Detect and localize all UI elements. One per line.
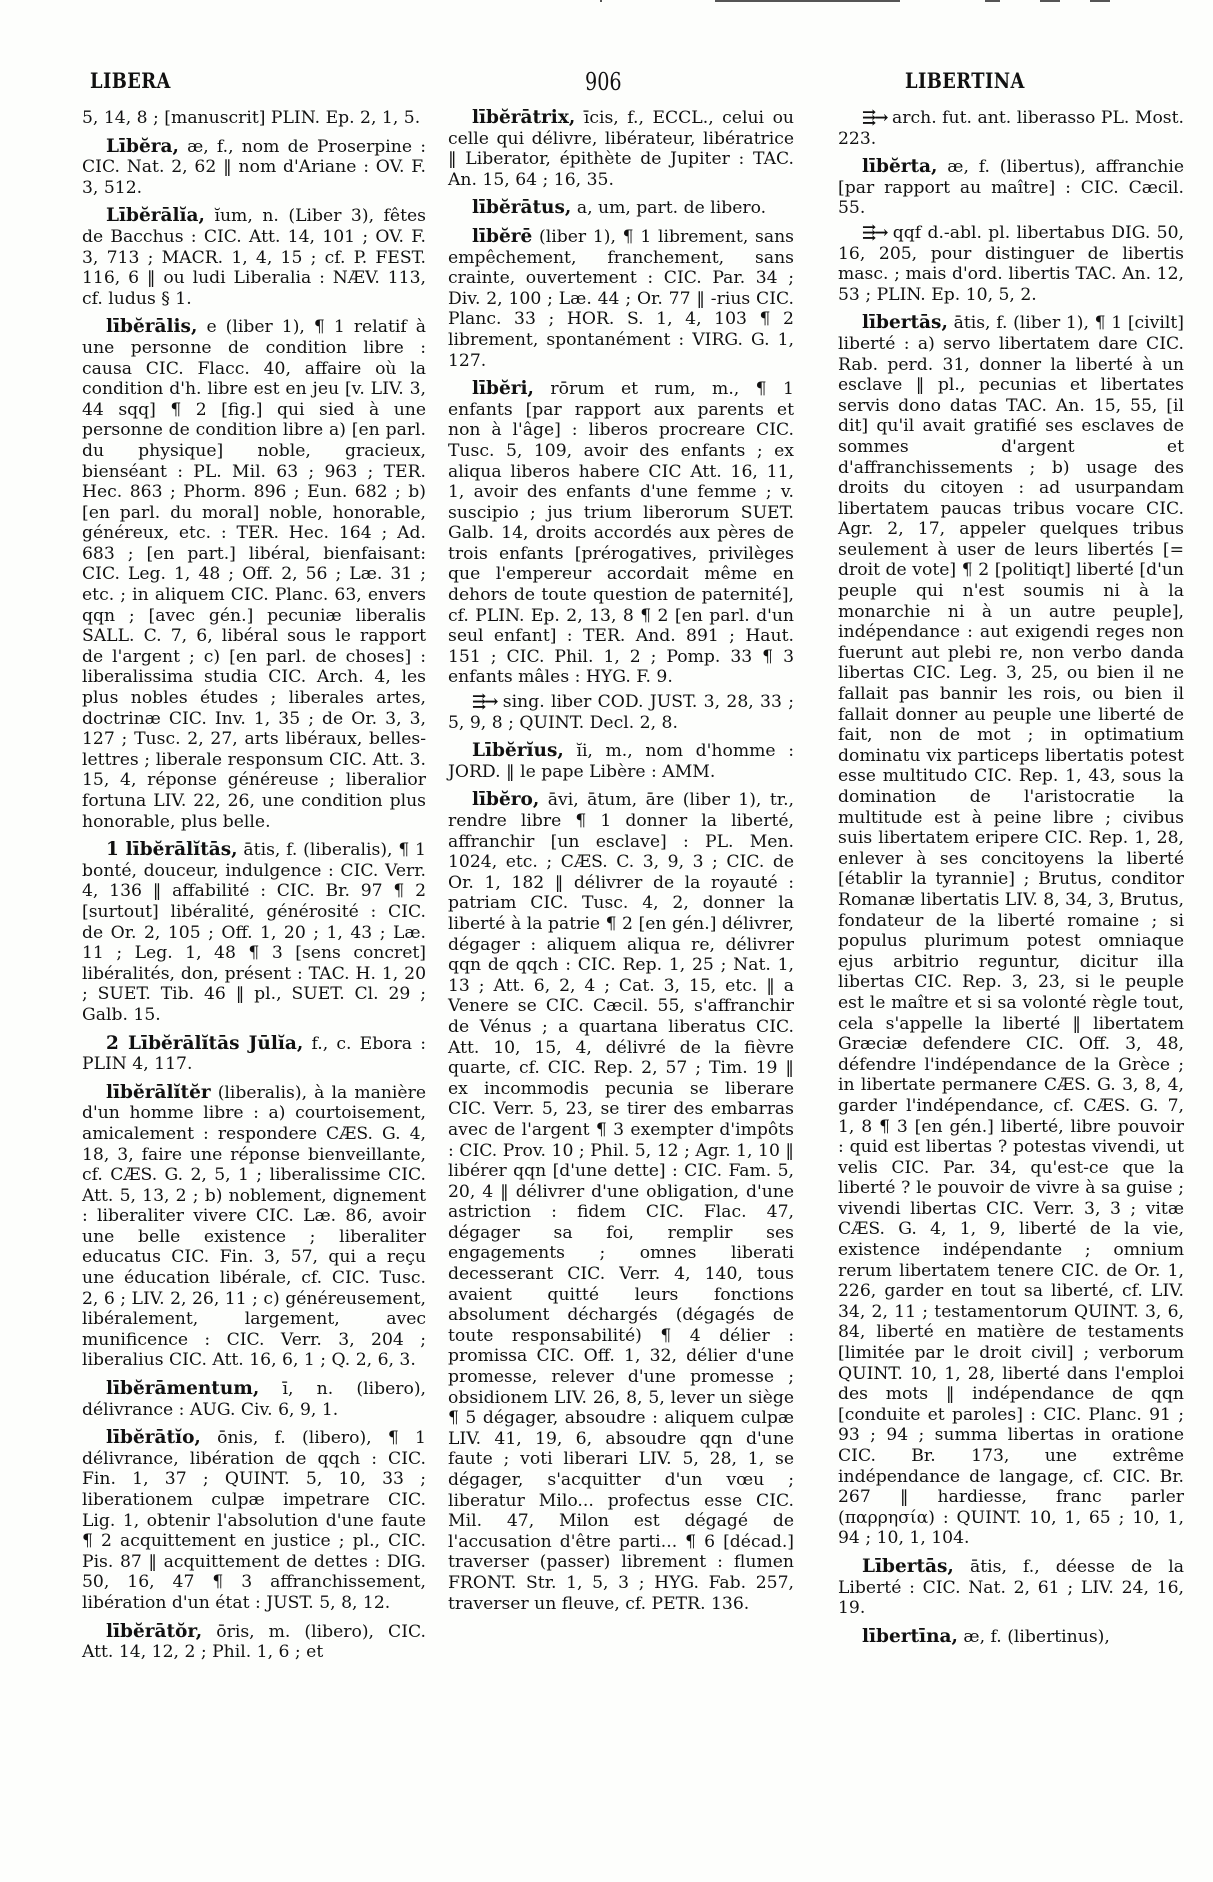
dictionary-entry: lībĕrātĭo, ōnis, f. (libero), ¶ 1 délivr… (82, 1428, 426, 1613)
entry-text: e (liber 1), ¶ 1 relatif à une personne … (82, 317, 426, 831)
dictionary-entry: lībĕrālĭtĕr (liberalis), à la manière d'… (82, 1083, 426, 1371)
headword: lībĕro, (472, 789, 539, 810)
dictionary-entry: Lībĕrĭus, ĭi, m., nom d'homme : JORD. ‖ … (448, 741, 794, 782)
arrow-icon: ⇶→ (862, 223, 887, 243)
running-head-left: LIBERA (90, 68, 171, 93)
dictionary-entry: lībĕrāmentum, ī, n. (libero), délivrance… (82, 1379, 426, 1420)
entry-text: sing. liber COD. JUST. 3, 28, 33 ; 5, 9,… (448, 692, 794, 733)
dictionary-entry: lībertās, ātis, f. (liber 1), ¶ 1 [civil… (838, 313, 1184, 1549)
dictionary-entry: 5, 14, 8 ; [manuscrit] PLIN. Ep. 2, 1, 5… (82, 108, 426, 129)
entry-text: ātis, f. (liberalis), ¶ 1 bonté, douceur… (82, 840, 426, 1025)
column-1: 5, 14, 8 ; [manuscrit] PLIN. Ep. 2, 1, 5… (82, 108, 426, 1667)
headword: lībĕri, (472, 378, 534, 399)
dictionary-entry: lībĕrātŏr, ōris, m. (libero), CIC. Att. … (82, 1622, 426, 1663)
dictionary-entry: Lībĕrālĭa, ĭum, n. (Liber 3), fêtes de B… (82, 206, 426, 309)
scan-edge-marks (0, 0, 1213, 3)
headword: Lībĕrĭus, (472, 740, 564, 761)
dictionary-entry: lībĕrātrix, īcis, f., ECCL., celui ou ce… (448, 108, 794, 190)
dictionary-entry: lībĕrālis, e (liber 1), ¶ 1 relatif à un… (82, 317, 426, 832)
arrow-icon: ⇶→ (862, 108, 887, 128)
arrow-icon: ⇶→ (472, 692, 497, 712)
headword: lībĕrālis, (106, 316, 197, 337)
entry-text: ōnis, f. (libero), ¶ 1 délivrance, libér… (82, 1428, 426, 1613)
column-2: lībĕrātrix, īcis, f., ECCL., celui ou ce… (448, 108, 794, 1618)
headword: lībertās, (862, 312, 948, 333)
headword: lībĕrātĭo, (106, 1427, 201, 1448)
entry-text: rōrum et rum, m., ¶ 1 enfants [par rappo… (448, 379, 794, 687)
entry-text: 5, 14, 8 ; [manuscrit] PLIN. Ep. 2, 1, 5… (82, 108, 420, 128)
dictionary-entry: Lībertās, ātis, f., déesse de la Liberté… (838, 1557, 1184, 1619)
running-head: LIBERA 906 LIBERTINA (0, 68, 1213, 98)
dictionary-entry: lībĕro, āvi, ātum, āre (liber 1), tr., r… (448, 790, 794, 1614)
entry-text: arch. fut. ant. liberasso PL. Most. 223. (838, 108, 1184, 149)
headword: lībĕrē (472, 226, 532, 247)
headword: lībĕrātŏr, (106, 1621, 202, 1642)
headword: 2 Lībĕrālĭtās Jūlĭa, (106, 1033, 303, 1054)
entry-text: qqf d.-abl. pl. libertabus DIG. 50, 16, … (838, 223, 1184, 305)
headword: lībĕrāmentum, (106, 1378, 259, 1399)
entry-text: ātis, f. (liber 1), ¶ 1 [civilt] liberté… (838, 313, 1184, 1548)
dictionary-entry: Lībĕra, æ, f., nom de Proserpine : CIC. … (82, 137, 426, 199)
column-3: ⇶→ arch. fut. ant. liberasso PL. Most. 2… (838, 108, 1184, 1651)
headword: lībĕrātrix, (472, 107, 575, 128)
dictionary-entry: lībĕrē (liber 1), ¶ 1 librement, sans em… (448, 227, 794, 371)
headword: lībĕrātus, (472, 197, 571, 218)
running-head-right: LIBERTINA (905, 68, 1025, 93)
headword: lībĕrālĭtĕr (106, 1082, 211, 1103)
dictionary-entry: lībĕrta, æ, f. (libertus), affranchie [p… (838, 157, 1184, 219)
dictionary-note: ⇶→ qqf d.-abl. pl. libertabus DIG. 50, 1… (838, 223, 1184, 305)
dictionary-entry: lībertīna, æ, f. (libertinus), (838, 1627, 1184, 1648)
headword: lībertīna, (862, 1626, 958, 1647)
headword: Lībertās, (862, 1556, 954, 1577)
dictionary-entry: lībĕrātus, a, um, part. de libero. (448, 198, 794, 219)
entry-text: æ, f. (libertinus), (958, 1627, 1110, 1647)
entry-text: (liberalis), à la manière d'un homme lib… (82, 1083, 426, 1371)
entry-text: āvi, ātum, āre (liber 1), tr., rendre li… (448, 790, 794, 1613)
entry-text: a, um, part. de libero. (571, 198, 766, 218)
page-number: 906 (585, 68, 622, 96)
headword: 1 lībĕrālĭtās, (106, 839, 238, 860)
dictionary-note: ⇶→ arch. fut. ant. liberasso PL. Most. 2… (838, 108, 1184, 149)
dictionary-entry: 2 Lībĕrālĭtās Jūlĭa, f., c. Ebora : PLIN… (82, 1034, 426, 1075)
dictionary-note: ⇶→ sing. liber COD. JUST. 3, 28, 33 ; 5,… (448, 692, 794, 733)
entry-text: (liber 1), ¶ 1 librement, sans empêcheme… (448, 227, 794, 371)
headword: lībĕrta, (862, 156, 937, 177)
dictionary-entry: lībĕri, rōrum et rum, m., ¶ 1 enfants [p… (448, 379, 794, 688)
dictionary-entry: 1 lībĕrālĭtās, ātis, f. (liberalis), ¶ 1… (82, 840, 426, 1025)
headword: Lībĕrālĭa, (106, 205, 205, 226)
headword: Lībĕra, (106, 136, 179, 157)
